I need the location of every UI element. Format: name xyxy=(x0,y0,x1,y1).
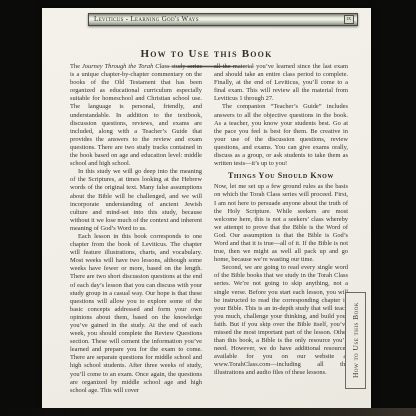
paragraph: Now, let me set up a few ground rules as… xyxy=(214,183,348,264)
paragraph: In this study we will go deep into the m… xyxy=(70,168,202,233)
section-heading: Things You Should Know xyxy=(214,172,348,180)
left-text-column: The Journey Through the Torah Class stud… xyxy=(70,63,202,395)
running-head-bar: Leviticus - Learning God's Ways ix xyxy=(88,13,358,26)
paragraph: Second, we are going to read every singl… xyxy=(214,264,348,377)
scanned-book-page-screenshot: { "header": { "running_head": "Leviticus… xyxy=(0,0,416,416)
paragraph-text: The xyxy=(70,63,82,70)
scan-edge-shadow xyxy=(0,408,416,416)
page-title: How to Use this Book xyxy=(42,48,371,60)
right-text-column: all the material you’ve learned since th… xyxy=(214,63,348,395)
running-head-title: Leviticus - Learning God's Ways xyxy=(94,16,199,23)
chapter-thumb-tab-label: How to Use this Book xyxy=(352,302,360,378)
paragraph: The companion “Teacher’s Guide” includes… xyxy=(214,103,348,168)
book-page: Leviticus - Learning God's Ways ix How t… xyxy=(42,8,371,409)
paragraph: The Journey Through the Torah Class stud… xyxy=(70,63,202,168)
paragraph: Each lesson in this book corresponds to … xyxy=(70,233,202,395)
page-number: ix xyxy=(344,15,354,25)
paragraph-text: study series is a unique chapter-by-chap… xyxy=(70,63,202,167)
two-column-text-body: The Journey Through the Torah Class stud… xyxy=(70,63,348,395)
chapter-thumb-tab: How to Use this Book xyxy=(345,292,366,389)
paragraph: all the material you’ve learned since th… xyxy=(214,63,348,103)
series-title-italic: Journey Through the Torah Class xyxy=(82,63,170,70)
